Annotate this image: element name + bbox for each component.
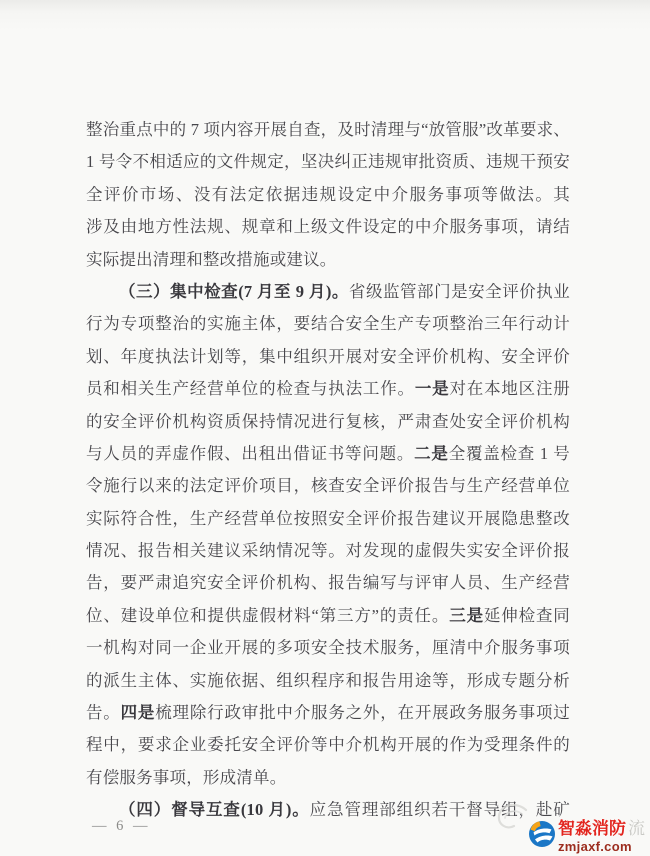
- text-line: 实际符合性，生产经营单位按照安全评价报告建议开展隐患整改: [86, 503, 570, 535]
- text-run: 涉及由地方性法规、规章和上级文件设定的中介服务事项，请结合: [86, 217, 570, 243]
- watermark-suffix-text: 流: [628, 819, 645, 838]
- text-run: 全评价市场、没有法定依据违规设定中介服务事项等做法。其中，: [86, 185, 570, 211]
- text-run: 告，要严肃追究安全评价机构、报告编写与评审人员、生产经营单: [86, 573, 570, 599]
- document-lines: 整治重点中的 7 项内容开展自查，及时清理与“放管服”改革要求、1 号令不相适应…: [86, 114, 570, 827]
- text-run: 的安全评价机构资质保持情况进行复核，严肃查处安全评价机构: [86, 412, 570, 431]
- watermark-domain-text: zmjaxf.com: [558, 839, 645, 854]
- text-line: 一机构对同一企业开展的多项安全技术服务，厘清中介服务事项: [86, 632, 570, 664]
- scanned-document-page: 整治重点中的 7 项内容开展自查，及时清理与“放管服”改革要求、1 号令不相适应…: [0, 0, 650, 856]
- text-line: 实际提出清理和整改措施或建议。: [86, 244, 570, 276]
- watermark-logo-icon: [528, 820, 556, 848]
- text-run: 有偿服务事项，形成清单。: [86, 768, 286, 787]
- text-run: 实际符合性，生产经营单位按照安全评价报告建议开展隐患整改: [86, 509, 570, 528]
- text-line: 的安全评价机构资质保持情况进行复核，严肃查处安全评价机构: [86, 406, 570, 438]
- text-run: 告。: [86, 703, 121, 722]
- bold-run: 二是: [414, 444, 449, 463]
- text-line: 告，要严肃追究安全评价机构、报告编写与评审人员、生产经营单: [86, 567, 570, 599]
- text-run: 情况、报告相关建议采纳情况等。对发现的虚假失实安全评价报: [86, 541, 570, 560]
- text-line: 令施行以来的法定评价项目，核查安全评价报告与生产经营单位: [86, 470, 570, 502]
- text-run: 一机构对同一企业开展的多项安全技术服务，厘清中介服务事项: [86, 638, 570, 657]
- text-line: 划、年度执法计划等，集中组织开展对安全评价机构、安全评价人: [86, 341, 570, 373]
- text-line: 与人员的弄虚作假、出租出借证书等问题。二是全覆盖检查 1 号: [86, 438, 570, 470]
- text-line: 1 号令不相适应的文件规定，坚决纠正违规审批资质、违规干预安: [86, 146, 570, 178]
- text-line: 程中，要求企业委托安全评价等中介机构开展的作为受理条件的: [86, 729, 570, 761]
- text-run: 位、建设单位和提供虚假材料“第三方”的责任。: [86, 606, 449, 625]
- text-run: 全覆盖检查 1 号: [449, 444, 570, 463]
- text-run: 的派生主体、实施依据、组织程序和报告用途等，形成专题分析报: [86, 671, 570, 697]
- text-line: 员和相关生产经营单位的检查与执法工作。一是对在本地区注册: [86, 373, 570, 405]
- text-run: 令施行以来的法定评价项目，核查安全评价报告与生产经营单位: [86, 476, 570, 495]
- text-line: 全评价市场、没有法定依据违规设定中介服务事项等做法。其中，: [86, 179, 570, 211]
- text-line: 行为专项整治的实施主体，要结合安全生产专项整治三年行动计: [86, 308, 570, 340]
- bold-run: （四）督导互查(10 月)。: [119, 800, 310, 819]
- text-run: 行为专项整治的实施主体，要结合安全生产专项整治三年行动计: [86, 314, 570, 333]
- text-run: 延伸检查同: [484, 606, 570, 625]
- page-number: — 6 —: [92, 818, 151, 835]
- text-run: 程中，要求企业委托安全评价等中介机构开展的作为受理条件的: [86, 735, 570, 754]
- site-watermark: 智淼消防流 zmjaxf.com: [492, 798, 648, 854]
- bold-run: 四是: [121, 703, 156, 722]
- text-line: 有偿服务事项，形成清单。: [86, 762, 570, 794]
- bold-run: 一是: [415, 379, 450, 398]
- text-run: 与人员的弄虚作假、出租出借证书等问题。: [86, 444, 414, 463]
- watermark-brand-text: 智淼消防: [558, 819, 626, 838]
- text-line: （三）集中检查(7 月至 9 月)。省级监管部门是安全评价执业: [86, 276, 570, 308]
- text-run: 整治重点中的 7 项内容开展自查，及时清理与“放管服”改革要求、: [86, 120, 570, 139]
- text-line: 位、建设单位和提供虚假材料“第三方”的责任。三是延伸检查同: [86, 600, 570, 632]
- text-run: 省级监管部门是安全评价执业: [349, 282, 570, 301]
- watermark-text: 智淼消防流 zmjaxf.com: [558, 814, 645, 854]
- text-run: 对在本地区注册: [449, 379, 570, 398]
- text-run: 员和相关生产经营单位的检查与执法工作。: [86, 379, 415, 398]
- bold-run: 三是: [449, 606, 484, 625]
- text-line: 情况、报告相关建议采纳情况等。对发现的虚假失实安全评价报: [86, 535, 570, 567]
- text-run: 实际提出清理和整改措施或建议。: [86, 250, 337, 269]
- text-line: 告。四是梳理除行政审批中介服务之外，在开展政务服务事项过: [86, 697, 570, 729]
- text-run: 1 号令不相适应的文件规定，坚决纠正违规审批资质、违规干预安: [86, 152, 570, 171]
- text-run: 梳理除行政审批中介服务之外，在开展政务服务事项过: [155, 703, 570, 722]
- text-line: 涉及由地方性法规、规章和上级文件设定的中介服务事项，请结合: [86, 211, 570, 243]
- text-line: 的派生主体、实施依据、组织程序和报告用途等，形成专题分析报: [86, 665, 570, 697]
- bold-run: （三）集中检查(7 月至 9 月)。: [119, 282, 349, 301]
- text-line: 整治重点中的 7 项内容开展自查，及时清理与“放管服”改革要求、: [86, 114, 570, 146]
- text-run: 划、年度执法计划等，集中组织开展对安全评价机构、安全评价人: [86, 347, 570, 373]
